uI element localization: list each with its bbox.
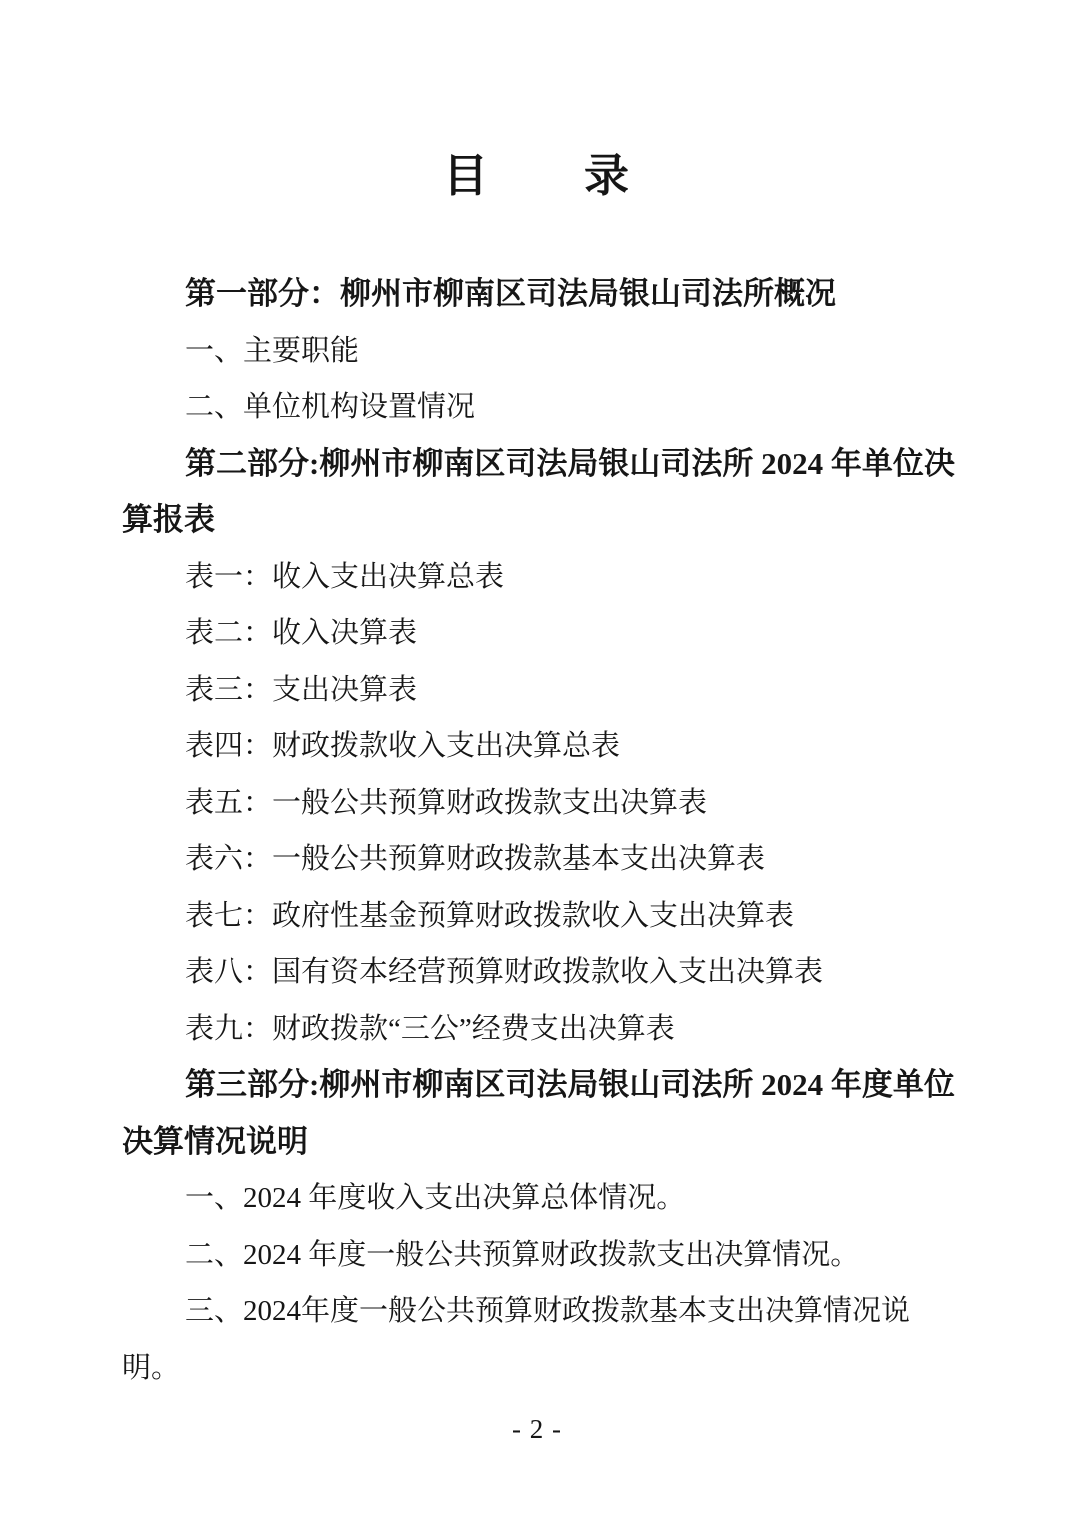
toc-part3-note-3-line1: 三、2024年度一般公共预算财政拨款基本支出决算情况说 (122, 1283, 954, 1340)
document-page: 目 录 第一部分：柳州市柳南区司法局银山司法所概况 一、主要职能 二、单位机构设… (0, 0, 1074, 1520)
document-title: 目 录 (0, 0, 1074, 204)
toc-part3-heading-line2: 决算情况说明 (122, 1114, 954, 1171)
toc-table-6: 表六：一般公共预算财政拨款基本支出决算表 (122, 831, 954, 888)
page-number: - 2 - (0, 1414, 1074, 1445)
toc-part2-heading-line1: 第二部分:柳州市柳南区司法局银山司法所 2024 年单位决 (122, 436, 954, 493)
toc-table-1: 表一：收入支出决算总表 (122, 549, 954, 606)
toc-part2-heading-line2: 算报表 (122, 492, 954, 549)
toc-part3-note-2: 二、2024 年度一般公共预算财政拨款支出决算情况。 (122, 1227, 954, 1284)
toc-table-4: 表四：财政拨款收入支出决算总表 (122, 718, 954, 775)
toc-table-5: 表五：一般公共预算财政拨款支出决算表 (122, 775, 954, 832)
table-of-contents: 第一部分：柳州市柳南区司法局银山司法所概况 一、主要职能 二、单位机构设置情况 … (122, 266, 954, 1396)
toc-part1-item-structure: 二、单位机构设置情况 (122, 379, 954, 436)
toc-table-7: 表七：政府性基金预算财政拨款收入支出决算表 (122, 888, 954, 945)
toc-part3-note-3-line2: 明。 (122, 1340, 954, 1397)
toc-part1-item-functions: 一、主要职能 (122, 323, 954, 380)
toc-table-8: 表八：国有资本经营预算财政拨款收入支出决算表 (122, 944, 954, 1001)
toc-part1-heading: 第一部分：柳州市柳南区司法局银山司法所概况 (122, 266, 954, 323)
toc-part3-heading-line1: 第三部分:柳州市柳南区司法局银山司法所 2024 年度单位 (122, 1057, 954, 1114)
toc-table-2: 表二：收入决算表 (122, 605, 954, 662)
toc-table-9: 表九：财政拨款“三公”经费支出决算表 (122, 1001, 954, 1058)
toc-part3-note-1: 一、2024 年度收入支出决算总体情况。 (122, 1170, 954, 1227)
toc-table-3: 表三：支出决算表 (122, 662, 954, 719)
